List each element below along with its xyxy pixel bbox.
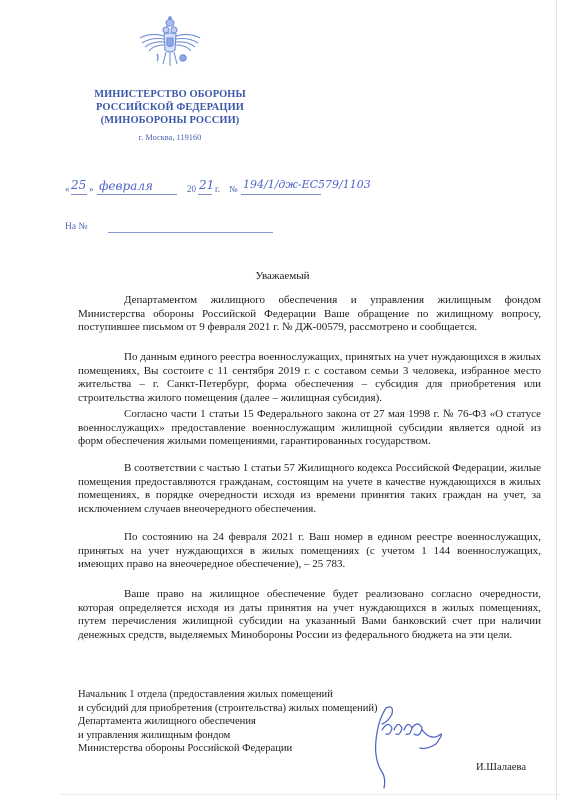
greeting: Уважаемый (0, 270, 565, 282)
year-underline (198, 194, 212, 195)
day-underline (71, 194, 87, 195)
registration-line: « 25 » февраля 20 21 г. № 194/1/дж-ЕС579… (65, 180, 485, 200)
signatory-title-line: и управления жилищным фондом (78, 729, 378, 743)
handwritten-signature-icon (368, 700, 448, 790)
year-prefix: 20 (187, 184, 196, 194)
letter-page: МИНИСТЕРСТВО ОБОРОНЫ РОССИЙСКОЙ ФЕДЕРАЦИ… (0, 0, 565, 800)
registration-year: 21 (199, 178, 214, 192)
number-sign: № (229, 184, 238, 194)
ministry-line: РОССИЙСКОЙ ФЕДЕРАЦИИ (80, 101, 260, 114)
signatory-title-line: и субсидий для приобретения (строительст… (78, 702, 378, 716)
signatory-title-line: Министерства обороны Российской Федераци… (78, 742, 378, 756)
letter-paragraph: Департаментом жилищного обеспечения и уп… (78, 294, 541, 335)
page-edge-bottom (60, 794, 560, 795)
letter-paragraph: В соответствии с частью 1 статьи 57 Жили… (78, 462, 541, 516)
registration-month: февраля (99, 179, 153, 193)
city-address: г. Москва, 119160 (80, 133, 260, 142)
ministry-line: МИНИСТЕРСТВО ОБОРОНЫ (80, 88, 260, 101)
close-quote: » (89, 184, 94, 194)
year-unit: г. (215, 184, 220, 194)
ministry-line: (МИНОБОРОНЫ РОССИИ) (80, 114, 260, 127)
open-quote: « (65, 184, 70, 194)
month-underline (97, 194, 177, 195)
signatory-title-line: Начальник 1 отдела (предоставления жилых… (78, 688, 378, 702)
page-edge-right (556, 0, 557, 800)
letter-paragraph: Ваше право на жилищное обеспечение будет… (78, 588, 541, 642)
registration-day: 25 (71, 178, 86, 192)
on-number-field (108, 232, 273, 233)
double-headed-eagle-emblem-icon (137, 16, 203, 72)
letter-paragraph: По состоянию на 24 февраля 2021 г. Ваш н… (78, 531, 541, 572)
letter-paragraph: Согласно части 1 статьи 15 Федерального … (78, 408, 541, 449)
ministry-name: МИНИСТЕРСТВО ОБОРОНЫ РОССИЙСКОЙ ФЕДЕРАЦИ… (80, 88, 260, 127)
registration-number: 194/1/дж-ЕС579/1103 (243, 178, 371, 191)
number-underline (241, 194, 321, 195)
signatory-title: Начальник 1 отдела (предоставления жилых… (78, 688, 378, 756)
signer-name: И.Шалаева (476, 762, 526, 773)
on-number-label: На № (65, 222, 88, 232)
signatory-title-line: Департамента жилищного обеспечения (78, 715, 378, 729)
letter-paragraph: По данным единого реестра военнослужащих… (78, 351, 541, 405)
